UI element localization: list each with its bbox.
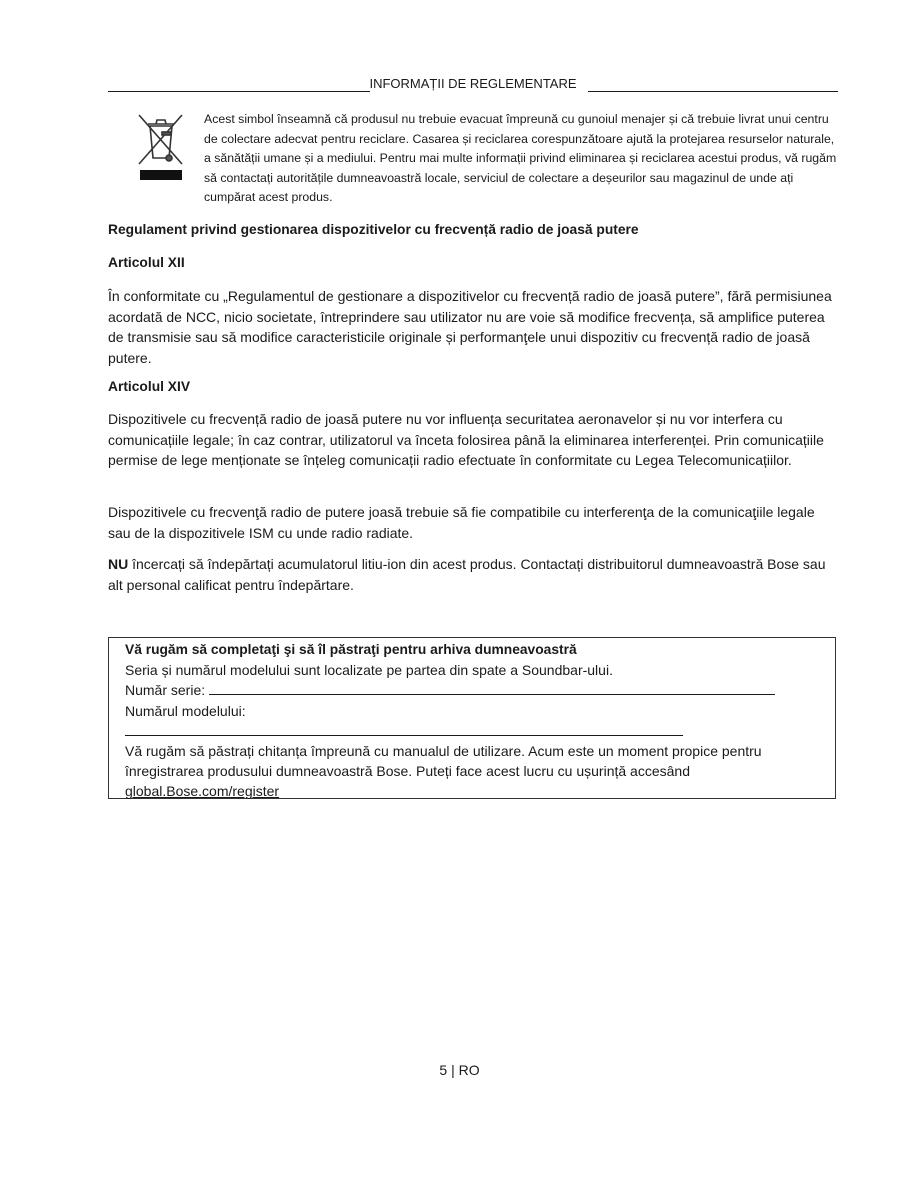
receipt-note: Vă rugăm să păstrați chitanța împreună c… [125,741,819,781]
battery-warning-emphasis: NU [108,556,128,572]
page-footer: 5 | RO [0,1062,919,1078]
page-number: 5 [439,1062,447,1078]
serial-number-field[interactable] [209,680,775,695]
battery-warning: NU încercați să îndepărtați acumulatorul… [108,554,838,595]
article-12-text: În conformitate cu „Regulamentul de gest… [108,286,838,368]
product-record-box: Vă rugăm să completaţi şi să îl păstraţi… [108,637,836,799]
article-14-heading: Articolul XIV [108,377,838,398]
register-link[interactable]: global.Bose.com/register [125,783,279,799]
serial-number-row: Număr serie: [125,680,819,700]
article-14-text-2: Dispozitivele cu frecvenţă radio de pute… [108,502,838,543]
model-number-field[interactable] [125,721,683,736]
header-rule-right [588,91,838,92]
regulation-heading: Regulament privind gestionarea dispoziti… [108,220,838,241]
article-12-heading: Articolul XII [108,253,838,274]
header-rule-left [108,91,370,92]
model-number-label: Numărul modelului: [125,701,819,721]
section-header: INFORMAȚII DE REGLEMENTARE [108,76,838,94]
crossed-out-wheelie-bin-icon [136,112,186,184]
page-language: RO [459,1062,480,1078]
footer-separator: | [451,1062,455,1078]
battery-warning-text: încercați să îndepărtați acumulatorul li… [108,556,826,593]
weee-text: Acest simbol înseamnă că produsul nu tre… [204,110,838,208]
article-14-text-1: Dispozitivele cu frecvență radio de joas… [108,409,838,471]
record-location-note: Seria și numărul modelului sunt localiza… [125,660,819,680]
record-box-heading: Vă rugăm să completaţi şi să îl păstraţi… [125,640,819,660]
serial-number-label: Număr serie: [125,682,209,698]
model-number-row [125,721,819,741]
section-title: INFORMAȚII DE REGLEMENTARE [367,76,578,91]
